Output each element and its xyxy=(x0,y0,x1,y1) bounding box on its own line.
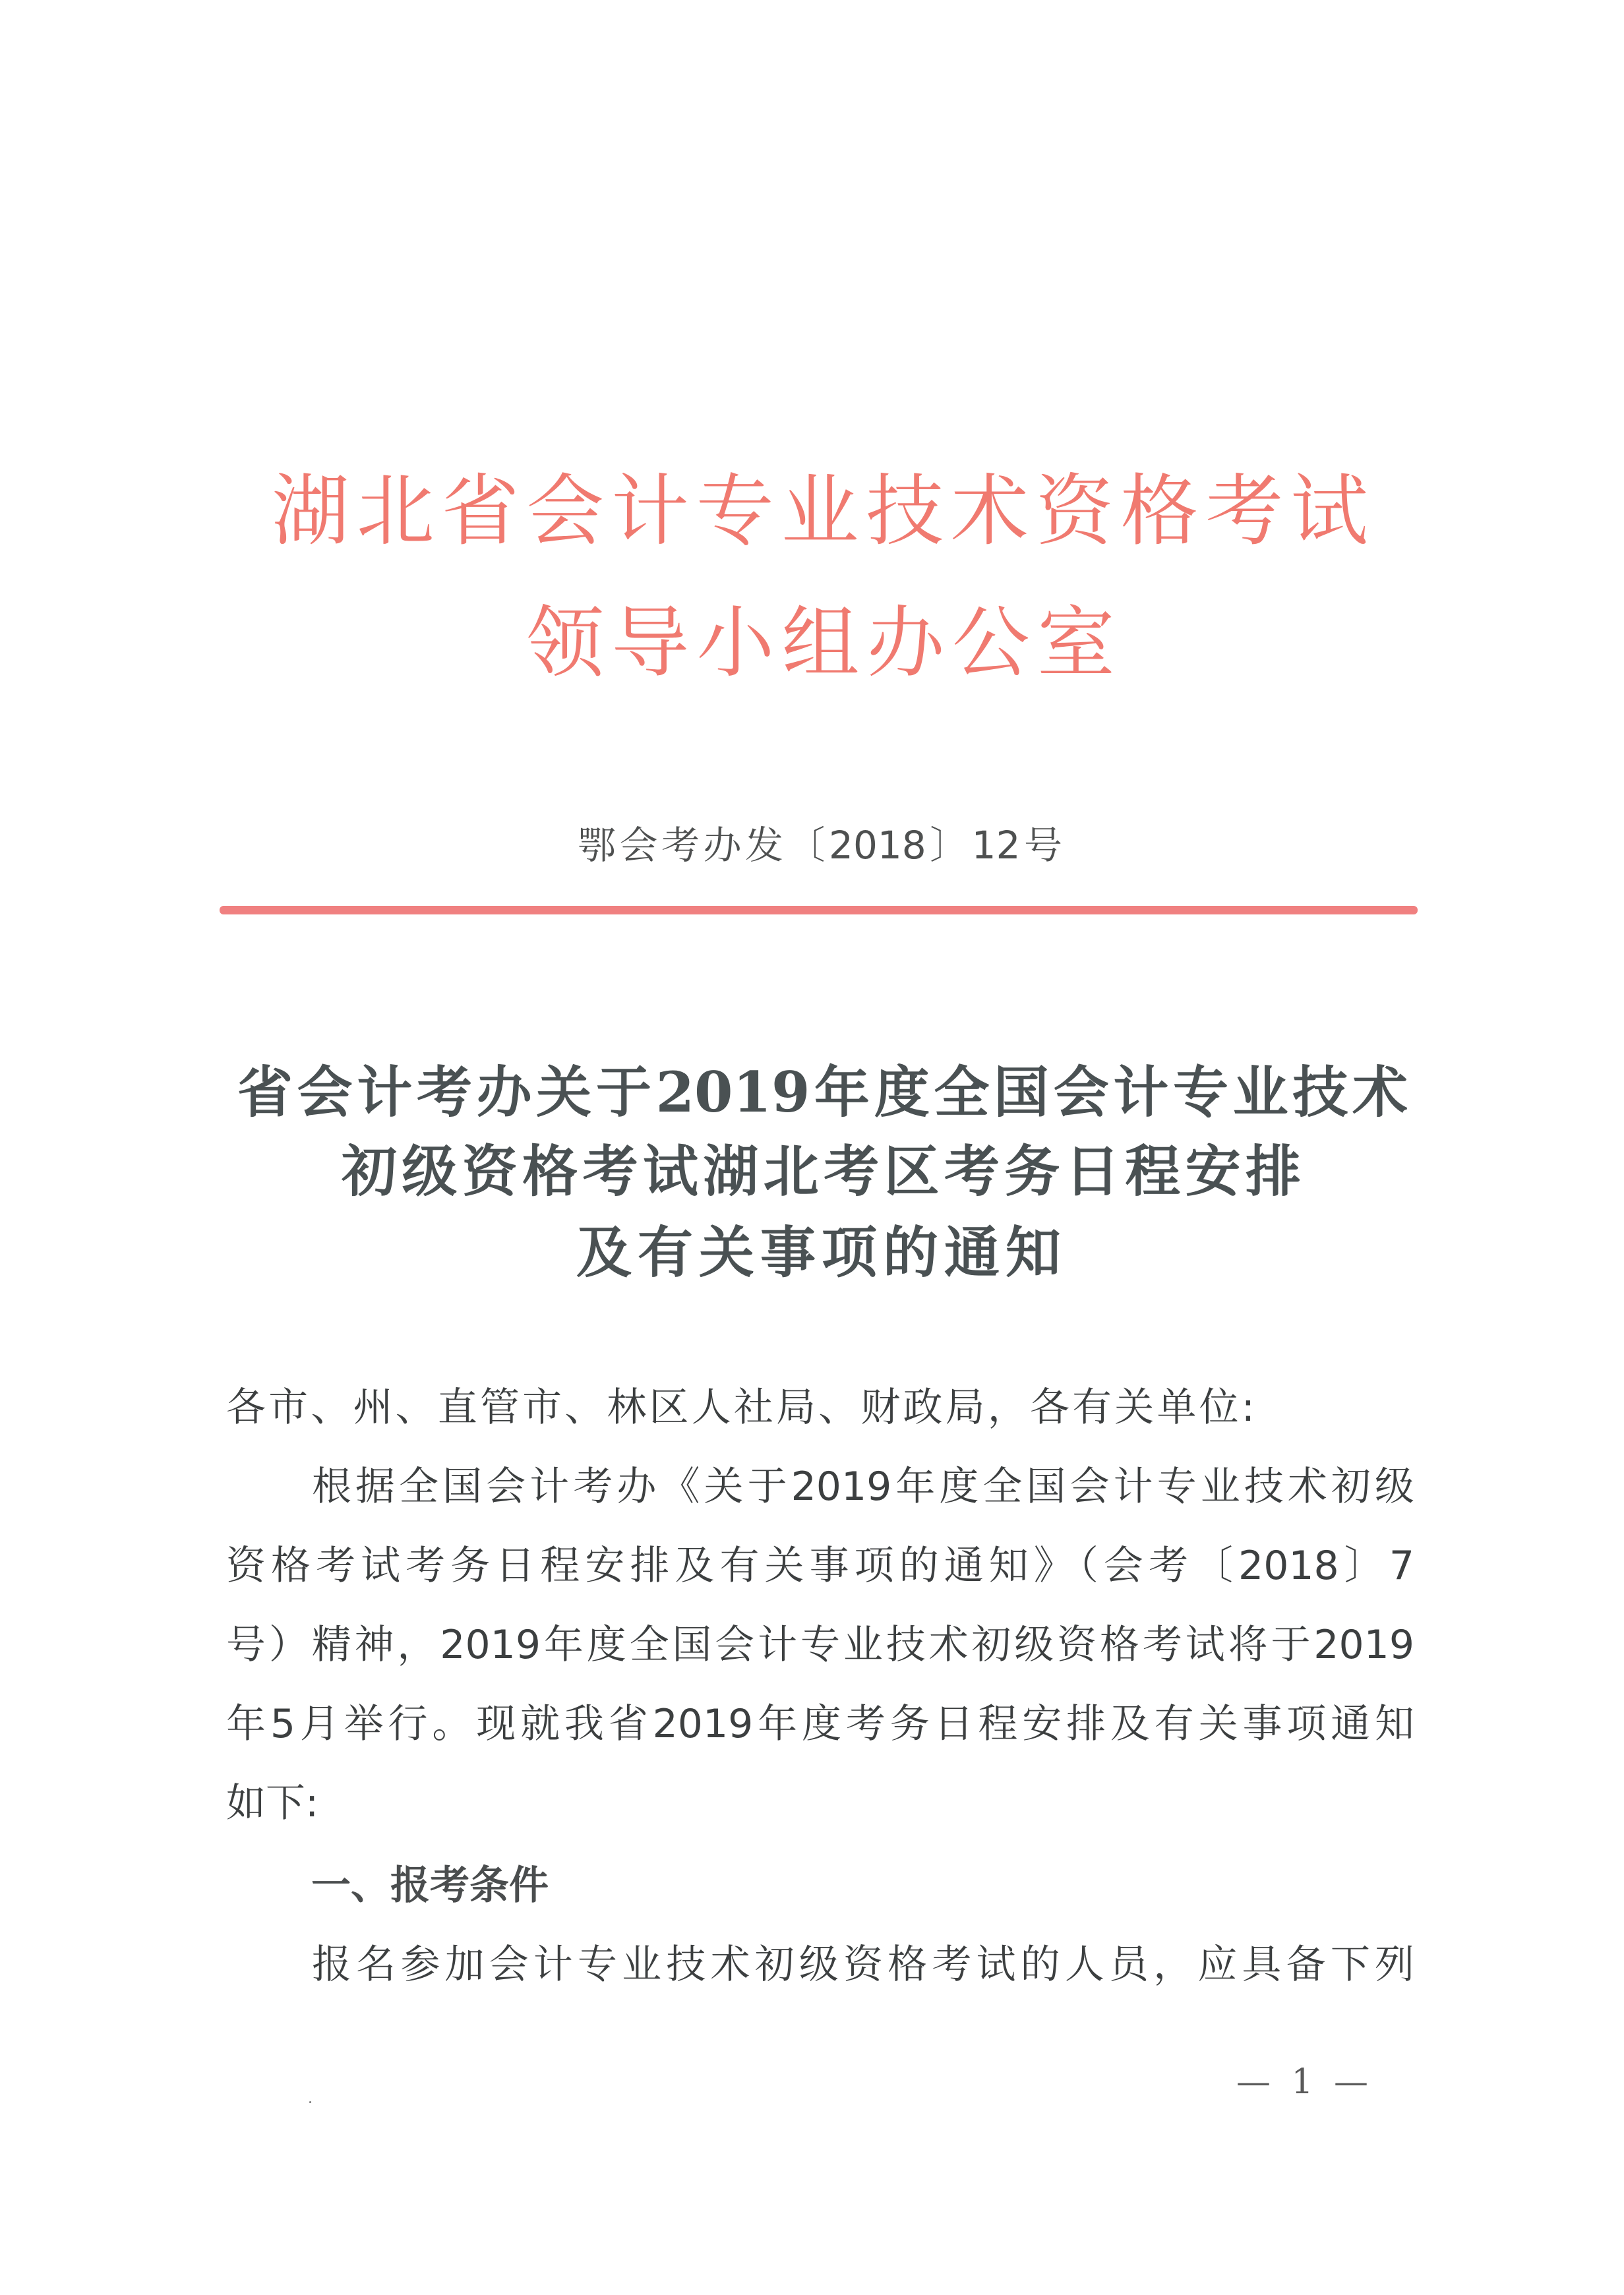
page-number: — 1 — xyxy=(1236,2056,1368,2108)
document-page: 湖北省会计专业技术资格考试 领导小组办公室 鄂会考办发〔2018〕12号 省会计… xyxy=(0,0,1624,2295)
document-number: 鄂会考办发〔2018〕12号 xyxy=(578,816,1062,874)
paragraph-line: 号）精神，2019年度全国会计专业技术初级资格考试将于2019 xyxy=(226,1605,1414,1684)
subject-title-line-3: 及有关事项的通知 xyxy=(576,1213,1061,1292)
issuing-office-title-line-2: 领导小组办公室 xyxy=(526,597,1116,689)
red-separator-rule xyxy=(220,906,1418,914)
salutation: 各市、州、直管市、林区人社局、财政局，各有关单位: xyxy=(226,1368,1255,1447)
scan-artifact-dot xyxy=(309,2101,311,2103)
subject-title-line-2: 初级资格考试湖北考区考务日程安排 xyxy=(342,1132,1301,1211)
section-heading: 一、报考条件 xyxy=(311,1846,549,1925)
paragraph-line: 报名参加会计专业技术初级资格考试的人员，应具备下列 xyxy=(312,1925,1414,2004)
paragraph-line: 根据全国会计考办《关于2019年度全国会计专业技术初级 xyxy=(312,1447,1414,1526)
paragraph-line: 资格考试考务日程安排及有关事项的通知》（会考〔2018〕7 xyxy=(226,1526,1414,1605)
paragraph-line: 年5月举行。现就我省2019年度考务日程安排及有关事项通知 xyxy=(226,1684,1414,1764)
subject-title-line-1: 省会计考办关于2019年度全国会计专业技术 xyxy=(237,1053,1408,1132)
issuing-office-title-line-1: 湖北省会计专业技术资格考试 xyxy=(272,465,1369,557)
paragraph-line: 如下: xyxy=(226,1764,318,1843)
